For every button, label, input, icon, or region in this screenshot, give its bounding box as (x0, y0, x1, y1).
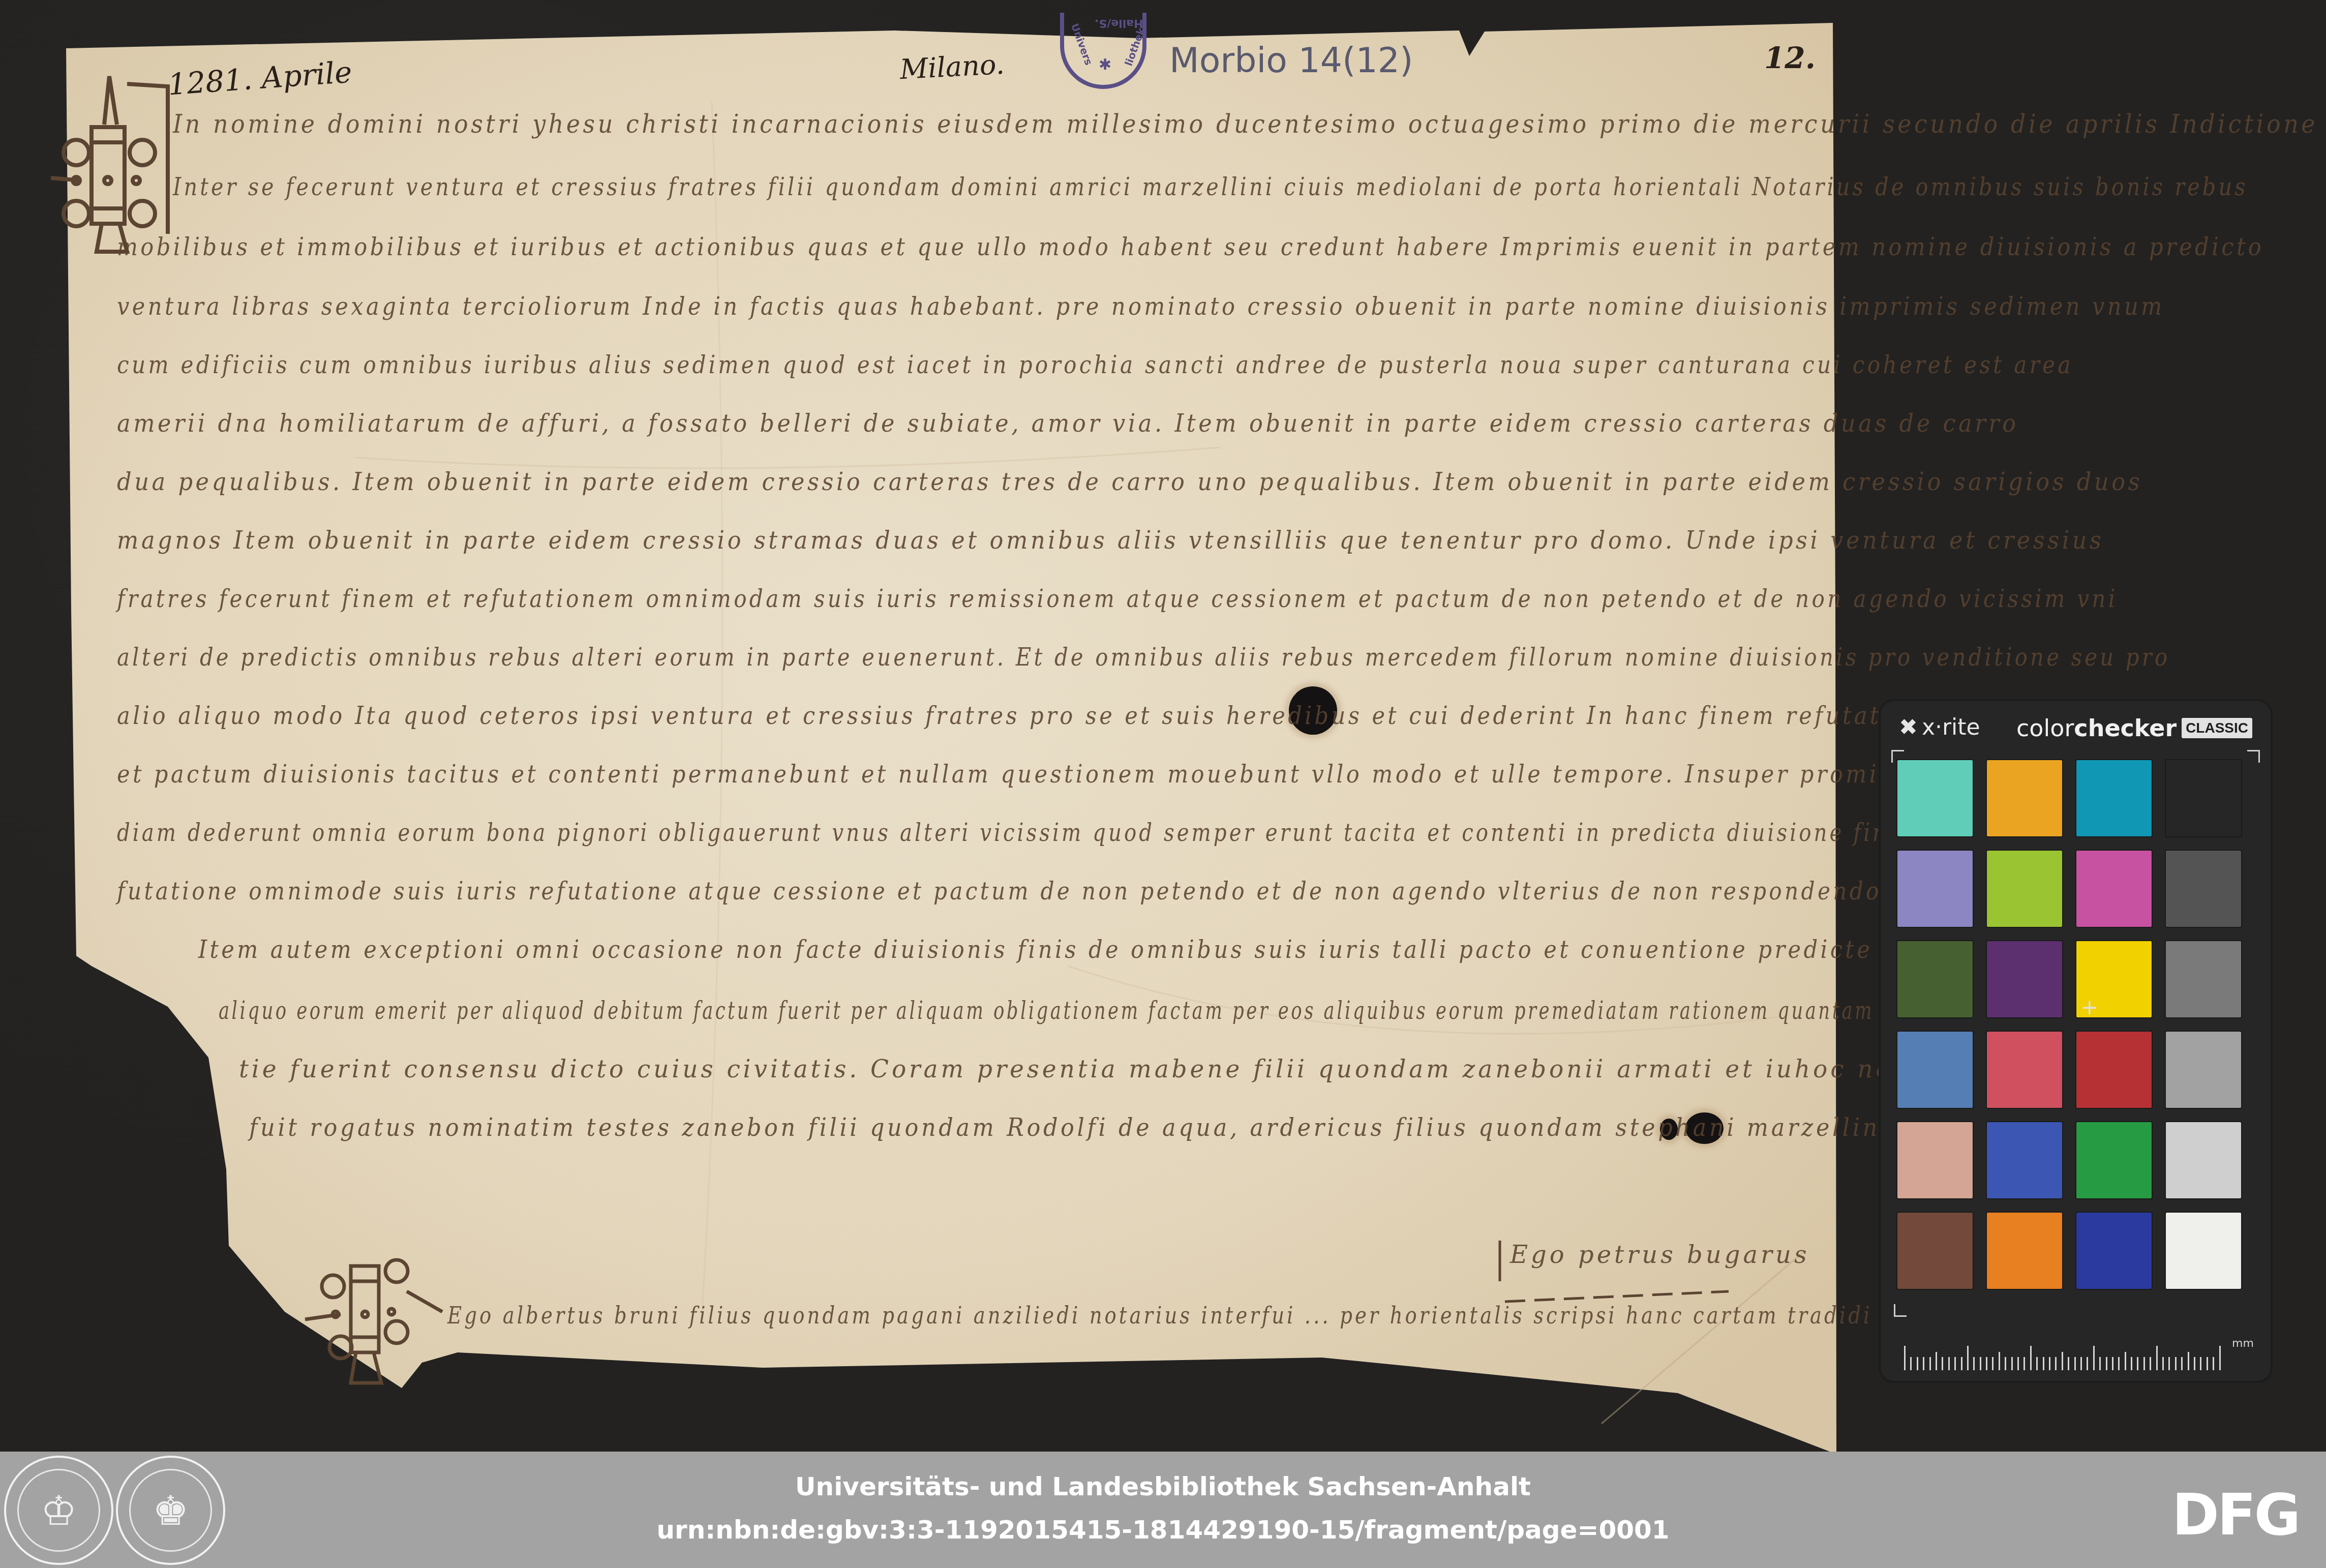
color-swatch-r5c3 (2076, 1122, 2152, 1198)
ruler-tick (1980, 1357, 1981, 1370)
ruler-tick (2194, 1357, 2195, 1370)
ruler-tick (1992, 1357, 1993, 1370)
ruler-tick (2036, 1357, 2038, 1370)
manuscript-line: ventura libras sexaginta tercioliorum In… (117, 292, 2165, 321)
urn-identifier[interactable]: urn:nbn:de:gbv:3:3-1192015415-1814429190… (0, 1515, 2326, 1545)
ruler-tick (1967, 1346, 1969, 1370)
ruler-tick (1973, 1357, 1975, 1370)
manuscript-line: fuit rogatus nominatim testes zanebon fi… (249, 1113, 2103, 1142)
color-swatch-r2c1 (1897, 851, 1973, 927)
manuscript-line: fratres fecerunt finem et refutationem o… (117, 585, 2118, 613)
ruler-tick (2005, 1357, 2006, 1370)
manuscript-line: dua pequalibus. Item obuenit in parte ei… (117, 468, 2142, 496)
ruler-tick (2131, 1357, 2132, 1370)
ruler-tick (2118, 1357, 2120, 1370)
color-swatch-r3c1 (1897, 941, 1973, 1017)
color-swatch-r6c4 (2166, 1213, 2241, 1289)
manuscript-line: et pactum diuisionis tacitus et contenti… (117, 760, 2050, 789)
ruler-tick (2106, 1357, 2107, 1370)
ruler-tick (2175, 1357, 2177, 1370)
ruler-tick (2143, 1357, 2145, 1370)
color-swatch-r3c4 (2166, 941, 2241, 1017)
notary-signature: Ego petrus bugarus (1510, 1241, 1810, 1269)
manuscript-line: amerii dna homiliatarum de affuri, a fos… (117, 409, 2019, 438)
colorchecker-title: color checker CLASSIC (2016, 714, 2252, 742)
xrite-logo: ✖ x·rite (1899, 714, 1980, 740)
place-annotation: Milano. (899, 48, 1005, 86)
ruler-tick (2162, 1357, 2164, 1370)
color-swatch-r2c2 (1987, 851, 2062, 927)
ruler-tick (2055, 1357, 2057, 1370)
manuscript-line: alio aliquo modo Ita quod ceteros ipsi v… (117, 702, 1940, 730)
library-footer: ♔ ♚ Universitäts- und Landesbibliothek S… (0, 1452, 2326, 1568)
color-checker-card: ✖ x·rite color checker CLASSIC + mm (1879, 699, 2273, 1383)
ruler-tick (2017, 1357, 2019, 1370)
ruler-tick (2181, 1357, 2183, 1370)
manuscript-line: alteri de predictis omnibus rebus alteri… (117, 643, 2170, 672)
manuscript-line: cum edificiis cum omnibus iuribus alius … (117, 351, 2073, 379)
ruler-tick (1986, 1357, 1987, 1370)
title-light: color (2016, 714, 2074, 742)
color-swatch-r4c4 (2166, 1032, 2241, 1108)
ruler-tick (2080, 1357, 2082, 1370)
ruler-tick (2043, 1357, 2044, 1370)
ruler-tick (1999, 1352, 2000, 1370)
ruler-tick (2137, 1357, 2138, 1370)
ruler-tick (2074, 1357, 2076, 1370)
ruler-tick (2188, 1352, 2189, 1370)
classic-badge: CLASSIC (2182, 718, 2252, 738)
manuscript-line: Ego albertus bruni filius quondam pagani… (447, 1302, 1998, 1329)
ruler-unit: mm (2232, 1337, 2254, 1350)
color-swatch-grid (1896, 760, 2253, 1289)
ruler-tick (2112, 1357, 2113, 1370)
ruler-tick (2093, 1346, 2095, 1370)
manuscript-line: futatione omnimode suis iuris refutation… (117, 877, 1930, 906)
color-swatch-r2c3 (2076, 851, 2152, 927)
institution-name: Universitäts- und Landesbibliothek Sachs… (0, 1472, 2326, 1501)
stamp-text: liothek (1122, 26, 1147, 68)
color-swatch-r5c2 (1987, 1122, 2062, 1198)
title-bold: checker (2074, 714, 2177, 742)
manuscript-parchment: 1281. Aprile Milano. Morbio 14(12) 12. H… (0, 0, 1851, 1452)
manuscript-line: Inter se fecerunt ventura et cressius fr… (173, 173, 2248, 201)
ruler-tick (2068, 1357, 2069, 1370)
ruler-tick (1954, 1357, 1956, 1370)
ruler-tick (1929, 1357, 1931, 1370)
color-swatch-r6c2 (1987, 1213, 2062, 1289)
color-swatch-r5c4 (2166, 1122, 2241, 1198)
ruler-tick (2125, 1352, 2126, 1370)
manuscript-line: mobilibus et immobilibus et iuribus et a… (117, 233, 2264, 261)
ruler-tick (1948, 1357, 1950, 1370)
ruler-tick (2213, 1357, 2214, 1370)
ruler-tick (1942, 1357, 1943, 1370)
ruler-tick (2011, 1357, 2013, 1370)
color-swatch-r1c2 (1987, 760, 2062, 836)
ruler-tick (2168, 1357, 2170, 1370)
ruler-tick (2156, 1346, 2158, 1370)
ruler-tick (1936, 1352, 1937, 1370)
mm-ruler (1904, 1345, 2229, 1370)
ruler-tick (2200, 1357, 2201, 1370)
manuscript-line: In nomine domini nostri yhesu christi in… (173, 109, 2326, 139)
manuscript-line: aliquo eorum emerit per aliquod debitum … (219, 997, 1942, 1025)
manuscript-line: diam dederunt omnia eorum bona pignori o… (117, 819, 1974, 847)
ruler-tick (1917, 1357, 1918, 1370)
color-swatch-r4c3 (2076, 1032, 2152, 1108)
color-swatch-r6c1 (1897, 1213, 1973, 1289)
ruler-tick (1923, 1357, 1924, 1370)
ruler-tick (2087, 1357, 2088, 1370)
manuscript-line: tie fuerint consensu dicto cuius civitat… (239, 1055, 2033, 1083)
ruler-tick (2062, 1352, 2063, 1370)
dfg-logo: DFG (2172, 1482, 2299, 1548)
ruler-tick (2150, 1357, 2151, 1370)
xrite-brand-text: x·rite (1922, 714, 1980, 740)
ruler-tick (2207, 1357, 2208, 1370)
color-swatch-r2c4 (2166, 851, 2241, 927)
stamp-text: Univers (1069, 22, 1095, 67)
ruler-tick (2023, 1357, 2025, 1370)
corner-mark-icon (1894, 1304, 1907, 1317)
manuscript-line: Item autem exceptioni omni occasione non… (198, 936, 2030, 964)
shelfmark-annotation: Morbio 14(12) (1169, 41, 1413, 81)
ruler-tick (1961, 1357, 1962, 1370)
ruler-tick (1910, 1357, 1912, 1370)
color-swatch-r4c2 (1987, 1032, 2062, 1108)
folio-number: 12. (1764, 41, 1816, 75)
color-swatch-r6c3 (2076, 1213, 2152, 1289)
ruler-tick (2219, 1346, 2221, 1370)
color-swatch-r1c1 (1897, 760, 1973, 836)
color-swatch-r1c3 (2076, 760, 2152, 836)
ruler-tick (2099, 1357, 2101, 1370)
stamp-star-icon: ✱ (1099, 56, 1111, 74)
xrite-mark-icon: ✖ (1899, 714, 1918, 740)
manuscript-line: magnos Item obuenit in parte eidem cress… (117, 526, 2104, 555)
color-swatch-r3c2 (1987, 941, 2062, 1017)
color-swatch-r5c1 (1897, 1122, 1973, 1198)
ruler-tick (2030, 1346, 2032, 1370)
viewer-background: 1281. Aprile Milano. Morbio 14(12) 12. H… (0, 0, 2326, 1452)
color-swatch-r4c1 (1897, 1032, 1973, 1108)
ruler-tick (2049, 1357, 2050, 1370)
color-swatch-r1c4 (2166, 760, 2241, 836)
crosshair-icon: + (2081, 998, 2098, 1018)
ruler-tick (1904, 1346, 1906, 1370)
